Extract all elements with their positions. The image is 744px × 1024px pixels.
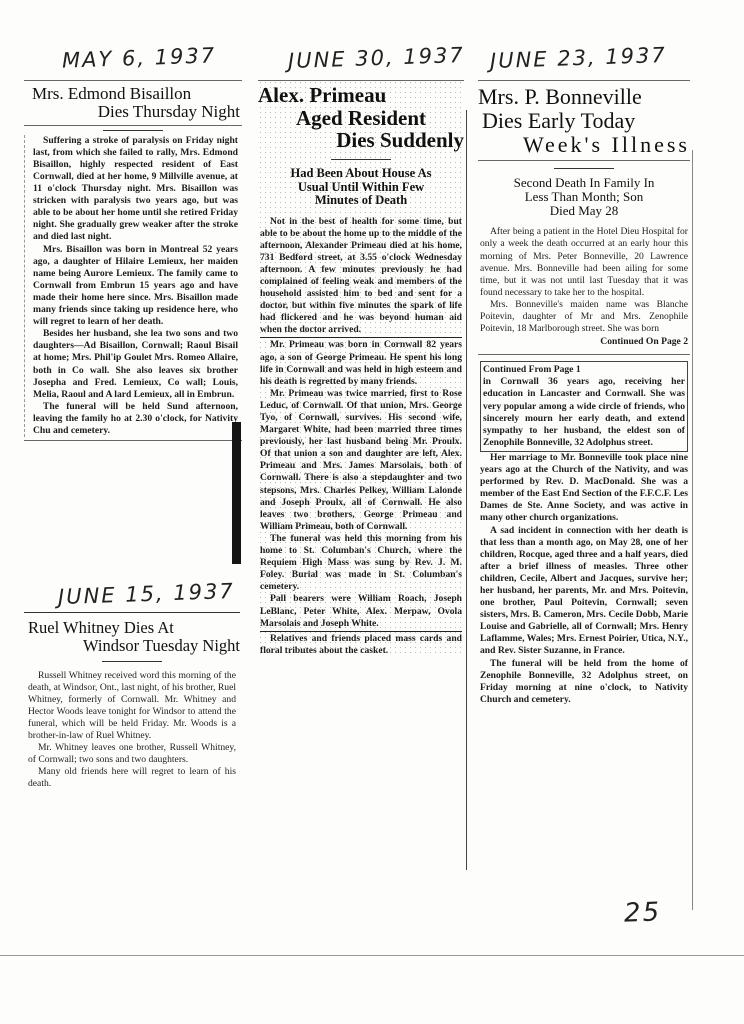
bottom-rule (24, 440, 242, 441)
divider (260, 631, 462, 632)
short-divider (103, 130, 163, 131)
divider (478, 160, 690, 161)
headline-line: Mrs. Edmond Bisaillon (24, 85, 242, 103)
headline-line: Ruel Whitney Dies At (24, 619, 240, 637)
paragraph: The funeral was held this morning from h… (260, 533, 462, 593)
clipping-bonneville: Mrs. P. Bonneville Dies Early Today Week… (478, 80, 690, 706)
headline-line: Mrs. P. Bonneville (478, 85, 690, 109)
divider (478, 354, 690, 355)
paragraph: Mrs. Bisaillon was born in Montreal 52 y… (33, 244, 238, 329)
paragraph: Besides her husband, she lea two sons an… (33, 328, 238, 401)
subhead-line: Less Than Month; Son (478, 190, 690, 204)
continued-on-label: Continued On Page 2 (480, 336, 688, 348)
scan-edge (0, 955, 744, 956)
article-body-bonneville: After being a patient in the Hotel Dieu … (478, 226, 690, 348)
subhead-line: Had Been About House As (258, 167, 464, 181)
headline-line: Dies Suddenly (258, 129, 464, 152)
paragraph: The funeral will be held from the home o… (480, 658, 688, 706)
headline-line: Dies Thursday Night (24, 103, 242, 121)
paragraph: Not in the best of health for some time,… (260, 216, 462, 337)
headline-line: Week's Illness (478, 133, 690, 157)
paragraph: After being a patient in the Hotel Dieu … (480, 226, 688, 299)
short-divider (331, 159, 391, 160)
column-rule (466, 110, 467, 870)
short-divider (102, 661, 162, 662)
continued-from-label: Continued From Page 1 (483, 364, 685, 376)
article-continuation-bonneville: Continued From Page 1 in Cornwall 36 yea… (478, 361, 690, 706)
paragraph: in Cornwall 36 years ago, receiving her … (483, 376, 685, 449)
column-rule (692, 150, 693, 910)
article-body-whitney: Russell Whitney received word this morni… (24, 670, 240, 791)
paragraph: A sad incident in connection with her de… (480, 525, 688, 658)
subhead-line: Usual Until Within Few (258, 181, 464, 195)
paragraph: The funeral will be held Sund afternoon,… (33, 401, 238, 437)
divider (260, 337, 462, 338)
subhead-line: Minutes of Death (258, 194, 464, 208)
short-divider (554, 168, 614, 169)
paragraph: Mrs. Bonneville's maiden name was Blanch… (480, 299, 688, 335)
headline-whitney: Ruel Whitney Dies At Windsor Tuesday Nig… (24, 619, 240, 655)
paragraph: Relatives and friends placed mass cards … (260, 633, 462, 657)
paragraph: Pall bearers were William Roach, Joseph … (260, 593, 462, 629)
paragraph: Many old friends here will regret to lea… (28, 766, 236, 790)
subhead-bonneville: Second Death In Family In Less Than Mont… (478, 176, 690, 218)
handwritten-date-bonneville: JUNE 23, 1937 (490, 43, 667, 73)
clipping-bisaillon: Mrs. Edmond Bisaillon Dies Thursday Nigh… (24, 80, 242, 441)
top-rule (24, 612, 240, 613)
headline-primeau: Alex. Primeau Aged Resident Dies Suddenl… (258, 84, 464, 152)
divider (24, 125, 242, 126)
paragraph: Mr. Whitney leaves one brother, Russell … (28, 742, 236, 766)
handwritten-date-primeau: JUNE 30, 1937 (288, 43, 465, 73)
paragraph: Suffering a stroke of paralysis on Frida… (33, 135, 238, 244)
paragraph: Mr. Primeau was twice married, first to … (260, 388, 462, 533)
headline-line: Dies Early Today (478, 109, 690, 133)
headline-bonneville: Mrs. P. Bonneville Dies Early Today Week… (478, 85, 690, 156)
top-rule (478, 80, 690, 81)
paragraph: Her marriage to Mr. Bonneville took plac… (480, 452, 688, 525)
article-body-bisaillon: Suffering a stroke of paralysis on Frida… (24, 135, 242, 437)
headline-bisaillon: Mrs. Edmond Bisaillon Dies Thursday Nigh… (24, 85, 242, 122)
paragraph: Russell Whitney received word this morni… (28, 670, 236, 743)
article-body-primeau: Not in the best of health for some time,… (258, 216, 464, 657)
headline-line: Windsor Tuesday Night (24, 637, 240, 655)
headline-line: Aged Resident (258, 107, 464, 130)
scan-shadow-bar (232, 422, 241, 564)
handwritten-date-whitney: JUNE 15, 1937 (58, 579, 235, 609)
headline-line: Alex. Primeau (258, 84, 464, 107)
handwritten-page-number: 25 (623, 897, 661, 928)
paragraph: Mr. Primeau was born in Cornwall 82 year… (260, 339, 462, 387)
clipping-primeau: Alex. Primeau Aged Resident Dies Suddenl… (258, 80, 464, 657)
top-rule (24, 80, 242, 81)
subhead-line: Died May 28 (478, 204, 690, 218)
subhead-primeau: Had Been About House As Usual Until With… (258, 167, 464, 208)
clipping-whitney: Ruel Whitney Dies At Windsor Tuesday Nig… (24, 612, 240, 791)
handwritten-date-bisaillon: MAY 6, 1937 (62, 43, 217, 72)
subhead-line: Second Death In Family In (478, 176, 690, 190)
top-rule (258, 80, 464, 81)
